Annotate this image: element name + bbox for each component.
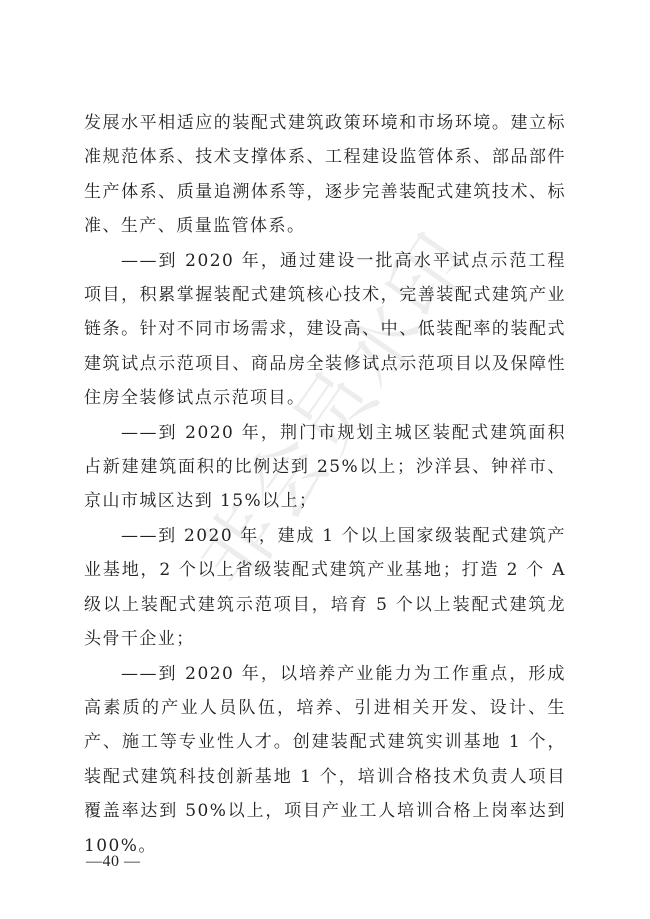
paragraph-industry-bases: ——到 2020 年，建成 1 个以上国家级装配式建筑产业基地，2 个以上省级装…: [84, 519, 566, 657]
paragraph-policy-environment: 发展水平相适应的装配式建筑政策环境和市场环境。建立标准规范体系、技术支撑体系、工…: [84, 106, 566, 244]
document-body: 发展水平相适应的装配式建筑政策环境和市场环境。建立标准规范体系、技术支撑体系、工…: [84, 106, 566, 863]
paragraph-area-ratio: ——到 2020 年，荆门市规划主城区装配式建筑面积占新建建筑面积的比例达到 2…: [84, 416, 566, 519]
paragraph-talent-training: ——到 2020 年，以培养产业能力为工作重点，形成高素质的产业人员队伍，培养、…: [84, 657, 566, 863]
paragraph-pilot-projects: ——到 2020 年，通过建设一批高水平试点示范工程项目，积累掌握装配式建筑核心…: [84, 244, 566, 416]
document-page: 发展水平相适应的装配式建筑政策环境和市场环境。建立标准规范体系、技术支撑体系、工…: [0, 0, 650, 919]
page-number: —40 —: [86, 853, 141, 871]
